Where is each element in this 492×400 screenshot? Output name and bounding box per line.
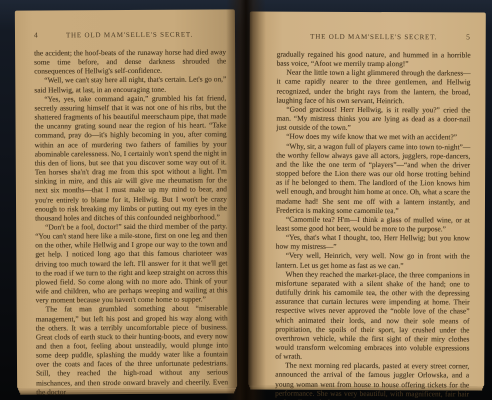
- right-page-number: 5: [457, 32, 471, 41]
- right-page: THE OLD MAM'SELLE'S SECRET. 5 gradually …: [248, 11, 486, 386]
- left-page-number: 4: [34, 30, 48, 39]
- left-page-body: the accident; the hoof-beats of the runa…: [15, 47, 237, 396]
- paragraph: “Well, we can't stay here all night, tha…: [34, 75, 226, 94]
- paragraph: The next morning red placards, pasted at…: [275, 361, 469, 400]
- right-page-body: gradually regained his good nature, and …: [248, 49, 486, 400]
- paragraph: the accident; the hoof-beats of the runa…: [34, 47, 226, 76]
- paragraph: gradually regained his good nature, and …: [277, 50, 471, 69]
- paragraph: When they reached the market-place, the …: [275, 269, 469, 361]
- paragraph: The fat man grumbled something about “mi…: [36, 304, 229, 397]
- right-page-header: THE OLD MAM'SELLE'S SECRET. 5: [250, 31, 486, 41]
- paragraph: Near the little town a light glimmered t…: [276, 68, 470, 105]
- paragraph: “Why, sir, a wagon full of players came …: [276, 141, 470, 215]
- book-spread-photo: 4 THE OLD MAM'SELLE'S SECRET. the accide…: [0, 0, 492, 400]
- paragraph: “Yes, yes, take command again,” grumbled…: [34, 93, 227, 222]
- paragraph: “Good gracious! Herr Hellwig, is it real…: [276, 105, 470, 133]
- paragraph: “How does my wife know that we met with …: [276, 132, 470, 142]
- paragraph: “Very well, Heinrich, very well. Now go …: [276, 251, 470, 270]
- left-page-header: 4 THE OLD MAM'SELLE'S SECRET.: [15, 29, 235, 39]
- paragraph: “Yes, that's what I thought, too, Herr H…: [276, 233, 470, 252]
- left-running-title: THE OLD MAM'SELLE'S SECRET.: [48, 30, 211, 39]
- right-running-title: THE OLD MAM'SELLE'S SECRET.: [291, 33, 457, 42]
- paragraph: “Camomile tea? H'm—I think a glass of mu…: [276, 214, 470, 233]
- left-page: 4 THE OLD MAM'SELLE'S SECRET. the accide…: [15, 9, 237, 388]
- paragraph: “Don't be a fool, doctor!” said the thir…: [35, 221, 227, 305]
